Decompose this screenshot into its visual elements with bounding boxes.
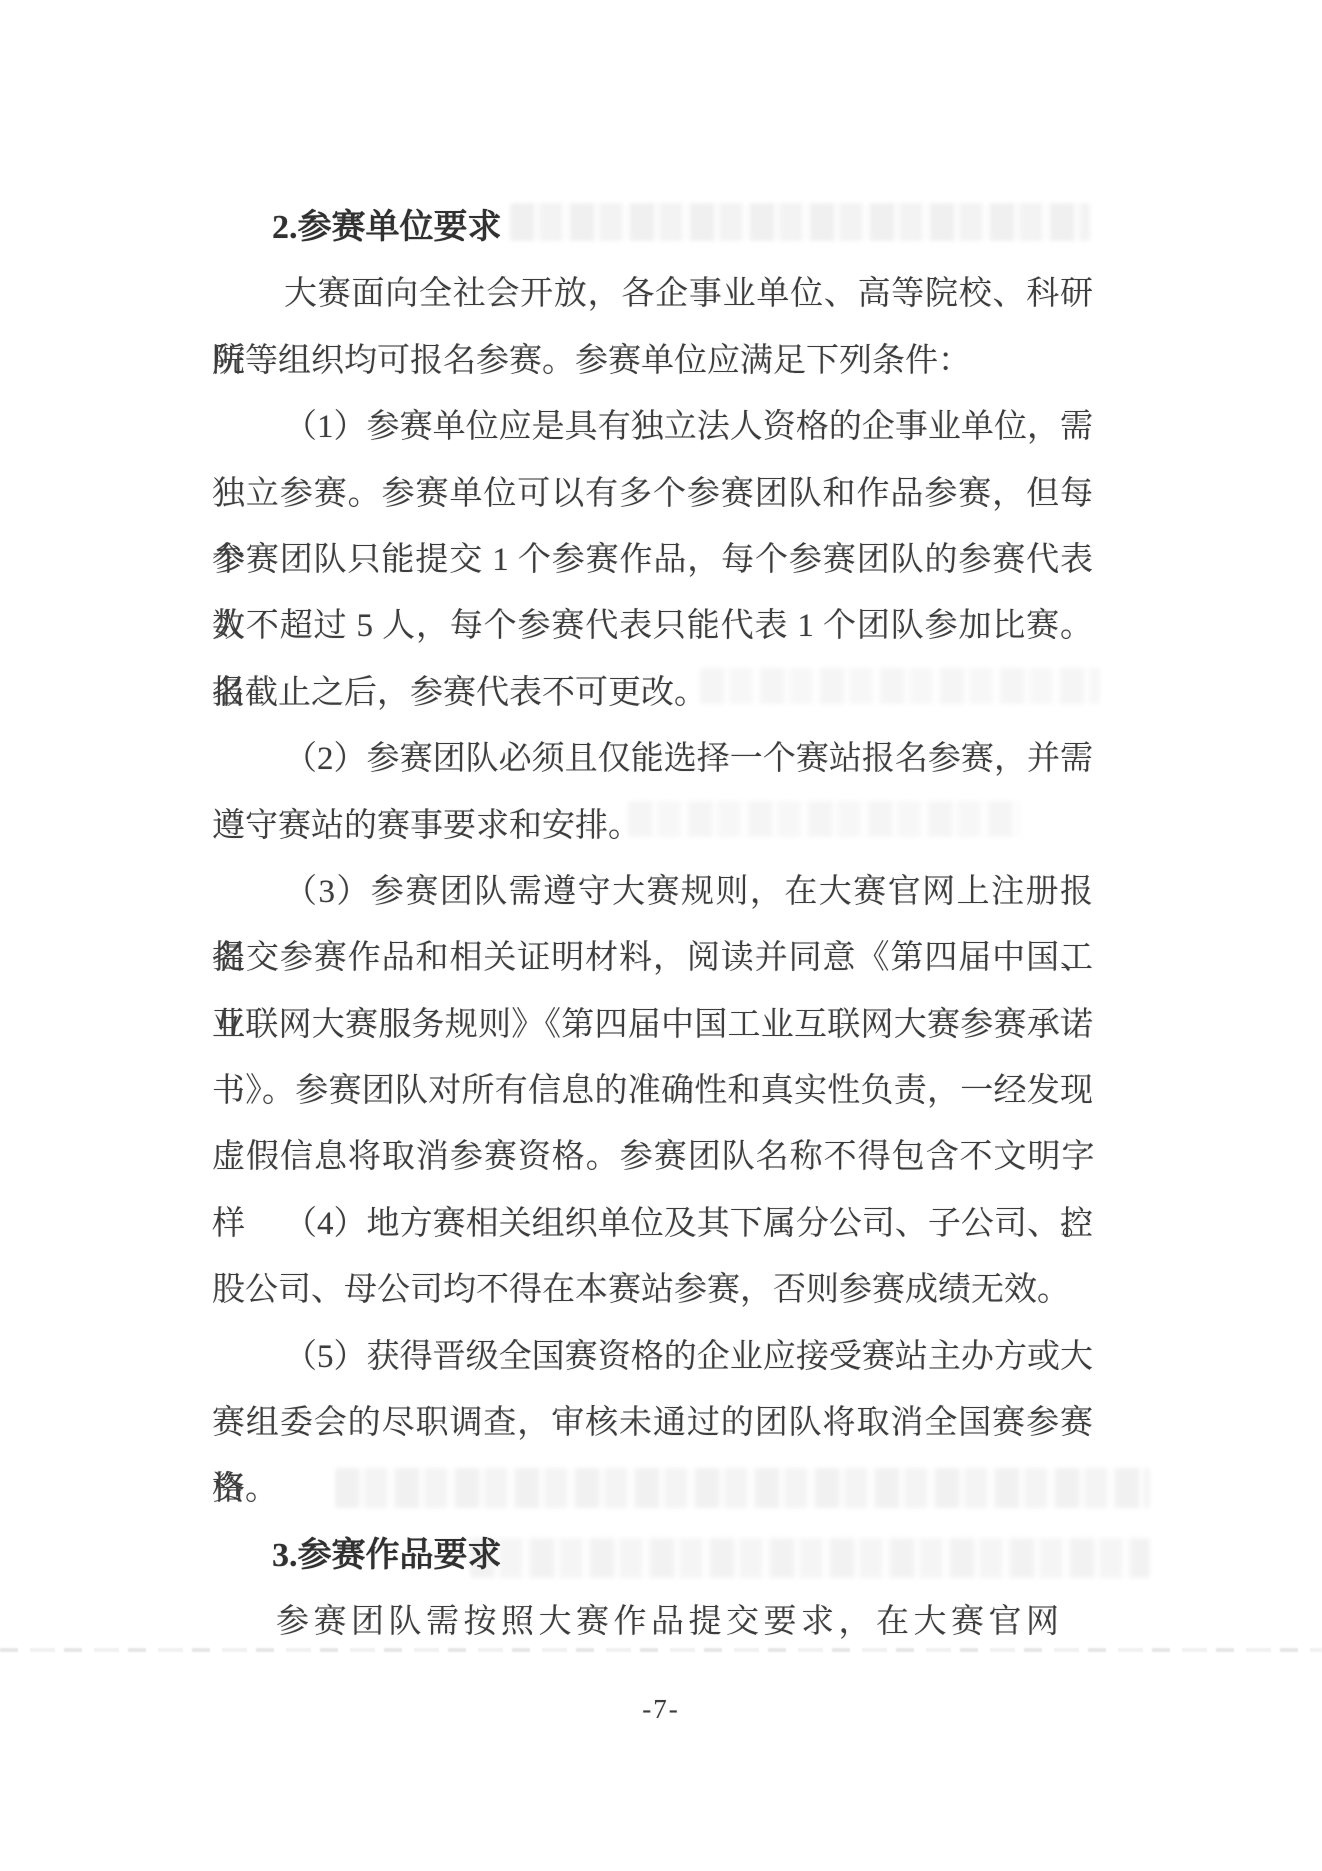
body-line: 名截止之后，参赛代表不可更改。	[212, 660, 1093, 726]
body-line: 参赛团队只能提交 1 个参赛作品，每个参赛团队的参赛代表人	[212, 527, 1093, 593]
body-line: 格。	[212, 1456, 1093, 1522]
page-number: -7-	[0, 1694, 1322, 1725]
body-line: 股公司、母公司均不得在本赛站参赛，否则参赛成绩无效。	[212, 1257, 1093, 1323]
body-line: 书》。参赛团队对所有信息的准确性和真实性负责，一经发现	[212, 1058, 1093, 1124]
section-2-heading: 2.参赛单位要求	[212, 195, 1093, 261]
section-3-heading: 3.参赛作品要求	[212, 1523, 1093, 1589]
body-line: （3）参赛团队需遵守大赛规则，在大赛官网上注册报名、	[212, 859, 1093, 925]
body-line: 互联网大赛服务规则》《第四届中国工业互联网大赛参赛承诺	[212, 992, 1093, 1058]
scanned-document-page: 2.参赛单位要求 大赛面向全社会开放，各企事业单位、高等院校、科研院 所等组织均…	[0, 0, 1322, 1871]
text-block: 2.参赛单位要求 大赛面向全社会开放，各企事业单位、高等院校、科研院 所等组织均…	[212, 195, 1093, 1656]
body-line: 提交参赛作品和相关证明材料，阅读并同意《第四届中国工业	[212, 925, 1093, 991]
body-line: 赛组委会的尽职调查，审核未通过的团队将取消全国赛参赛资	[212, 1390, 1093, 1456]
body-line: 遵守赛站的赛事要求和安排。	[212, 793, 1093, 859]
body-line: （1）参赛单位应是具有独立法人资格的企事业单位，需	[212, 394, 1093, 460]
body-line: 数不超过 5 人，每个参赛代表只能代表 1 个团队参加比赛。报	[212, 593, 1093, 659]
body-line: 所等组织均可报名参赛。参赛单位应满足下列条件：	[212, 328, 1093, 394]
scan-fold-line	[0, 1648, 1322, 1652]
body-line: （4）地方赛相关组织单位及其下属分公司、子公司、控	[212, 1191, 1093, 1257]
body-line: 大赛面向全社会开放，各企事业单位、高等院校、科研院	[212, 261, 1093, 327]
body-line: 参赛团队需按照大赛作品提交要求，在大赛官网	[212, 1589, 1093, 1655]
body-line: （2）参赛团队必须且仅能选择一个赛站报名参赛，并需	[212, 726, 1093, 792]
body-line: （5）获得晋级全国赛资格的企业应接受赛站主办方或大	[212, 1324, 1093, 1390]
body-line: 虚假信息将取消参赛资格。参赛团队名称不得包含不文明字样。	[212, 1124, 1093, 1190]
body-line: 独立参赛。参赛单位可以有多个参赛团队和作品参赛，但每个	[212, 461, 1093, 527]
